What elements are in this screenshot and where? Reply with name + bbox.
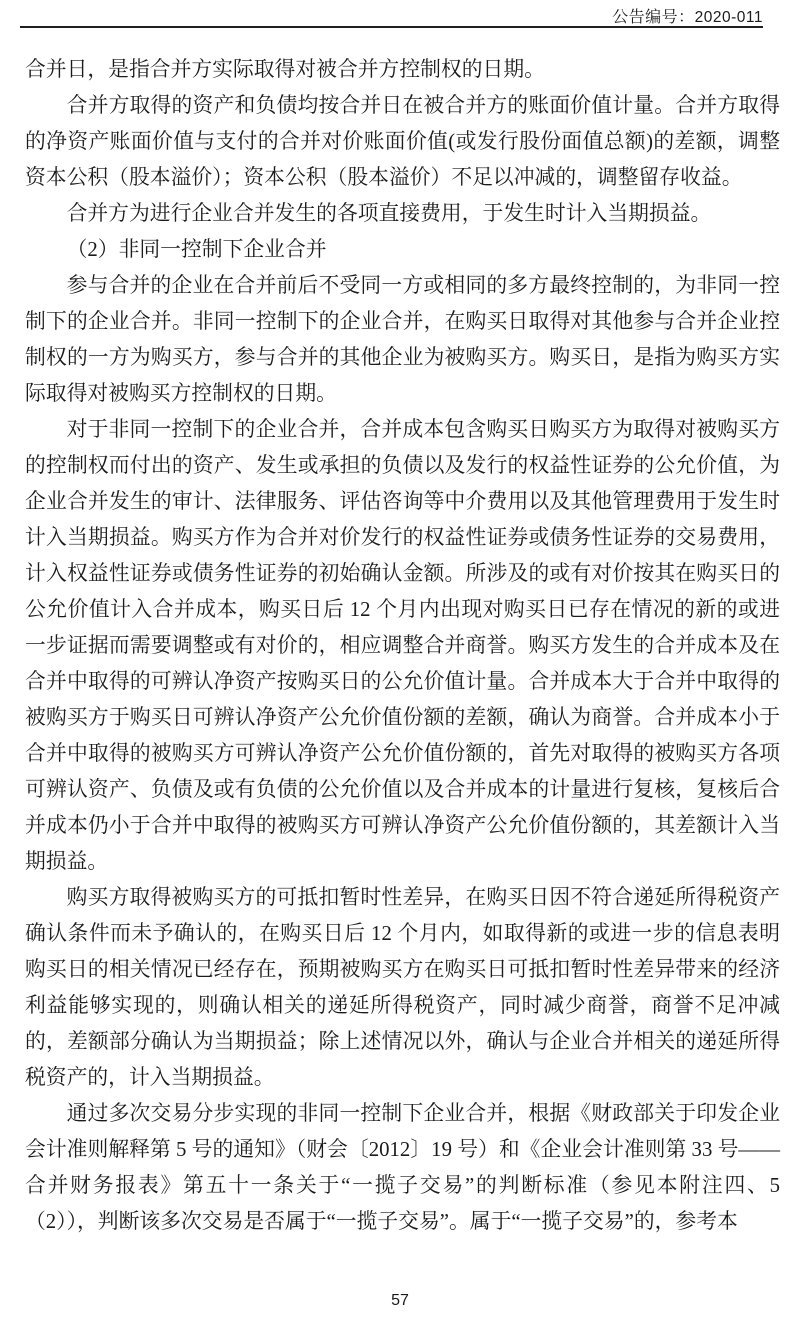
body-paragraph: 购买方取得被购买方的可抵扣暂时性差异，在购买日因不符合递延所得税资产确认条件而未… <box>25 880 780 1096</box>
announcement-number-value: 2020-011 <box>695 9 763 26</box>
body-paragraph: 合并方为进行企业合并发生的各项直接费用，于发生时计入当期损益。 <box>25 196 780 232</box>
body-paragraph: 对于非同一控制下的企业合并，合并成本包含购买日购买方为取得对被购买方的控制权而付… <box>25 412 780 880</box>
body-paragraph: 参与合并的企业在合并前后不受同一方或相同的多方最终控制的，为非同一控制下的企业合… <box>25 268 780 412</box>
document-page: { "colors": { "ink": "#1b1b1b", "rule": … <box>0 0 800 1339</box>
page-number: 57 <box>0 1292 800 1310</box>
body-paragraph: 合并方取得的资产和负债均按合并日在被合并方的账面价值计量。合并方取得的净资产账面… <box>25 88 780 196</box>
announcement-number: 公告编号：2020-011 <box>612 4 763 27</box>
announcement-number-label: 公告编号： <box>612 9 695 26</box>
body-paragraph: 通过多次交易分步实现的非同一控制下企业合并，根据《财政部关于印发企业会计准则解释… <box>25 1096 780 1240</box>
body-paragraph-continuation: 合并日，是指合并方实际取得对被合并方控制权的日期。 <box>25 52 780 88</box>
header-divider <box>20 26 763 28</box>
document-body: 合并日，是指合并方实际取得对被合并方控制权的日期。 合并方取得的资产和负债均按合… <box>25 52 780 1240</box>
section-heading-non-common-control: （2）非同一控制下企业合并 <box>25 232 780 268</box>
